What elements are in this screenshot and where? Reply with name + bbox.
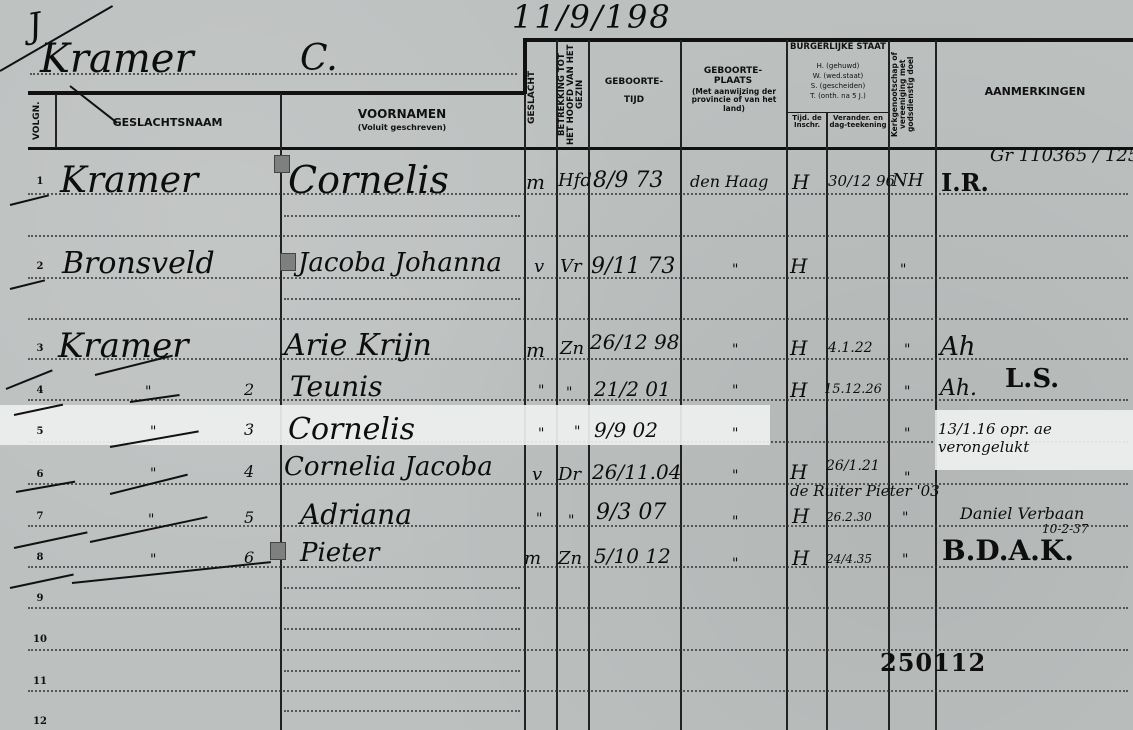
row-rule-half: [284, 587, 520, 589]
row5-birthplace: ": [732, 426, 738, 442]
row-number: 10: [30, 634, 50, 645]
row2-civil-status: H: [790, 254, 807, 278]
row8-church: ": [902, 552, 908, 568]
header-geslachtsnaam: GESLACHTSNAAM: [60, 117, 275, 129]
row8-birthdate: 5/10 12: [594, 544, 671, 568]
strike-mark: [72, 561, 271, 584]
row4-firstname: Teunis: [290, 370, 382, 403]
row6-sex: v: [532, 464, 542, 485]
row-rule-half: [284, 710, 520, 712]
row3-sex: m: [526, 338, 545, 362]
row2-sex: v: [534, 256, 544, 277]
row1-sex: m: [526, 170, 545, 194]
row-number: 8: [30, 552, 50, 563]
col-line-volgn: [55, 94, 57, 148]
row4-sex: ": [538, 383, 544, 399]
row-number: 3: [30, 343, 50, 354]
strike-mark: [14, 531, 88, 549]
header-voornamen-sub: (Voluit geschreven): [284, 124, 520, 132]
row7-firstname: Adriana: [300, 498, 412, 531]
row-number: 12: [30, 716, 50, 727]
row1-civil-status: H: [792, 170, 809, 194]
row8-remark-stamp: B.D.A.K.: [942, 534, 1074, 567]
row1-birthplace: den Haag: [690, 172, 768, 191]
row6-firstname: Cornelia Jacoba: [284, 452, 493, 482]
row3-civil-status: H: [790, 336, 807, 360]
row2-birthdate: 9/11 73: [591, 254, 675, 279]
row5-church: ": [904, 426, 910, 442]
burgerlijk-sub-rule: [786, 112, 888, 113]
row7-surname-ditto: ": [148, 512, 154, 528]
header-bs-h: H. (gehuwd): [790, 63, 886, 70]
row2-birthplace: ": [732, 262, 738, 278]
row8-check-box: [270, 542, 286, 560]
header-geboorteplaats-sub: (Met aanwijzing der provincie of van het…: [688, 88, 780, 113]
header-volgnummer: VOLGN.: [33, 96, 51, 146]
row5-volg: 3: [244, 420, 254, 439]
header-burgerlijke-staat: BURGERLIJKE STAAT: [790, 43, 886, 52]
row-number: 11: [30, 676, 50, 687]
row6-civil-status: H: [790, 460, 807, 484]
row-number: 1: [30, 176, 50, 187]
row7-relation: ": [568, 513, 574, 529]
row3-remark: Ah: [940, 332, 976, 362]
card-stamp-number: 250112: [880, 648, 986, 677]
row5-sex: ": [538, 426, 544, 442]
row8-firstname: Pieter: [300, 538, 379, 568]
row7-church: ": [902, 510, 908, 526]
header-geslacht: GESLACHT: [528, 50, 550, 145]
row5-birthdate: 9/9 02: [594, 418, 658, 442]
row8-surname-ditto: ": [150, 552, 156, 568]
row6-relation: Dr: [558, 464, 581, 485]
row3-firstname: Arie Krijn: [284, 328, 432, 363]
row6-status-date: 26/1.21: [826, 458, 880, 474]
row-rule-half: [284, 670, 520, 672]
row-rule: [28, 607, 1128, 609]
row1-remark-note: Gr 110365 / 12579.: [990, 146, 1133, 166]
row4-status-date: 15.12.26: [824, 382, 882, 397]
row-number: 7: [30, 511, 50, 522]
row-rule-half: [284, 628, 520, 630]
row1-remark-stamp: I.R.: [941, 168, 989, 197]
row3-status-date: 4.1.22: [828, 340, 873, 356]
header-bottom-rule: [28, 147, 1133, 150]
row4-relation: ": [566, 385, 572, 401]
header-geboortetijd-1: GEBOORTE-: [590, 78, 678, 87]
row-rule: [28, 235, 1128, 237]
strike-mark: [10, 574, 74, 589]
col-line-burgerlijk: [888, 40, 890, 730]
header-betrekking: BETREKKING TOT HET HOOFD VAN HET GEZIN: [558, 44, 586, 145]
row4-volg: 2: [244, 380, 254, 399]
header-geboortetijd-2: TIJD: [590, 96, 678, 105]
row-rule-half: [284, 298, 520, 300]
col-line-geboortetijd: [680, 40, 682, 730]
row6-birthdate: 26/11.04: [592, 460, 681, 484]
row-rule: [28, 690, 1128, 692]
row1-surname: Kramer: [60, 160, 198, 201]
row6-volg: 4: [244, 462, 254, 481]
header-surname-dotted-line: [30, 73, 250, 75]
row3-surname: Kramer: [58, 326, 189, 366]
row3-relation: Zn: [560, 338, 584, 359]
row1-church: NH: [892, 170, 923, 191]
population-register-card: J Kramer C. 11/9/198 VOLGN. GESLACHTSNAA…: [0, 0, 1133, 730]
strike-mark: [10, 194, 49, 206]
header-bs-w: W. (wed.staat): [790, 73, 886, 80]
row3-birthplace: ": [732, 342, 738, 358]
col-line-geboorteplaats: [786, 40, 788, 730]
row3-birthdate: 26/12 98: [590, 330, 679, 354]
row4-birthdate: 21/2 01: [594, 377, 671, 401]
header-surname: Kramer: [40, 36, 194, 82]
header-bs-tijd: Tijd. de Inschr.: [788, 115, 826, 130]
row-number: 6: [30, 469, 50, 480]
row-number: 4: [30, 385, 50, 396]
row7-sex: ": [536, 511, 542, 527]
row6-birthplace: ": [732, 468, 738, 484]
row8-sex: m: [524, 548, 541, 569]
row6-spouse-note: de Ruiter Pieter '03: [790, 482, 940, 500]
header-bs-t: T. (onth. na 5 J.): [790, 93, 886, 100]
row-number: 9: [30, 593, 50, 604]
row4-remark-stamp: L.S.: [1005, 364, 1059, 394]
row7-status-date: 26.2.30: [826, 510, 872, 524]
row2-relation: Vr: [560, 256, 582, 277]
row4-civil-status: H: [790, 378, 807, 402]
header-top-rule-left: [28, 91, 524, 95]
row4-birthplace: ": [732, 383, 738, 399]
header-initial-dotted-line: [252, 73, 517, 75]
row1-status-date: 30/12 96: [828, 172, 895, 190]
row3-church: ": [904, 342, 910, 358]
row8-birthplace: ": [732, 556, 738, 572]
row-rule: [28, 318, 1128, 320]
row1-birthdate: 8/9 73: [593, 168, 663, 193]
header-bs-s: S. (gescheiden): [790, 83, 886, 90]
header-kerkgenootschap: Kerkgenootschap of vereeniging met godsd…: [891, 44, 933, 145]
header-voornamen: VOORNAMEN: [284, 108, 520, 121]
strike-mark: [10, 279, 45, 290]
header-aanmerkingen: AANMERKINGEN: [940, 86, 1130, 98]
row2-surname: Bronsveld: [62, 246, 215, 281]
row-number: 5: [30, 426, 50, 437]
row7-civil-status: H: [792, 504, 809, 528]
header-bs-verander: Verander. en dag-teekening: [828, 115, 888, 130]
row2-church: ": [900, 262, 906, 278]
row5-remark: 13/1.16 opr. ae verongelukt: [938, 420, 1128, 456]
row2-check-box: [280, 253, 296, 271]
row1-relation: Hfd: [558, 170, 592, 191]
row-rule-half: [284, 215, 520, 217]
row7-birthdate: 9/3 07: [596, 500, 666, 525]
header-geboorteplaats-2: PLAATS: [682, 77, 784, 86]
row-rule: [28, 525, 1128, 527]
row8-relation: Zn: [558, 548, 582, 569]
row2-firstname: Jacoba Johanna: [298, 248, 502, 278]
row5-firstname: Cornelis: [288, 412, 415, 447]
row5-relation: ": [574, 424, 580, 440]
col-line-burgerlijk-sub: [826, 112, 828, 730]
row4-church: ": [904, 384, 910, 400]
row6-surname-ditto: ": [150, 466, 156, 482]
row1-firstname: Cornelis: [288, 158, 449, 202]
row7-birthplace: ": [732, 514, 738, 530]
row-number: 2: [30, 261, 50, 272]
row7-remark: Daniel Verbaan: [960, 504, 1084, 523]
row8-status-date: 24/4.35: [826, 552, 872, 566]
header-date: 11/9/198: [512, 0, 672, 36]
row4-remark: Ah.: [940, 376, 977, 401]
row1-remark-note-text: Gr 110365 / 12579.: [990, 145, 1133, 166]
row7-volg: 5: [244, 508, 254, 527]
row8-civil-status: H: [792, 546, 809, 570]
